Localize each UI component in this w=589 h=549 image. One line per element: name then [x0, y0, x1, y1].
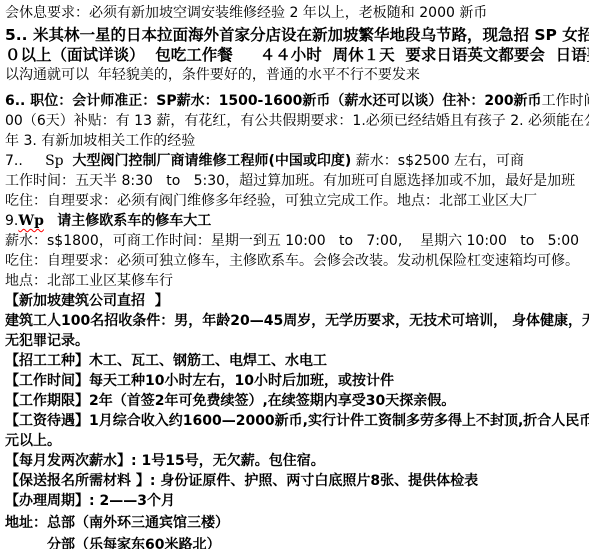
text-line: 00（6天）补贴：有 13 薪，有花红，有公共假期要求：1.必须已经结婚且有孩子… — [5, 111, 587, 131]
text-line: 建筑工人100名招收条件：男，年龄20—45周岁，无学历要求，无技术可培训， 身… — [5, 311, 587, 331]
text-segment: 吃住：自理要求：必须有阀门维修多年经验，可独立完成工作。地点：北部工业区大厂 — [5, 193, 537, 209]
text-segment: 【办理周期】: 2——3个月 — [5, 493, 175, 509]
text-line: 年 3. 有新加坡相关工作的经验 — [5, 131, 587, 151]
text-segment: 【工作期限】2年（首签2年可免费续签）,在续签期内享受30天探亲假。 — [5, 393, 455, 409]
text-line: 吃住：自理要求：必须有阀门维修多年经验，可独立完成工作。地点：北部工业区大厂 — [5, 191, 587, 211]
text-segment: 大型阀门控制厂商请维修工程师(中国或印度) — [73, 153, 352, 169]
text-line: 分部（乐每家东60米路北） — [5, 535, 587, 549]
text-segment: 建筑工人100名招收条件：男，年龄20—45周岁，无学历要求，无技术可培训， 身… — [5, 313, 589, 329]
text-segment: 会休息要求：必须有新加坡空调安装维修经验 2 年以上，老板随和 2000 新币 — [5, 5, 487, 21]
text-segment — [64, 153, 73, 169]
text-line: 6.. 职位：会计师准正：SP薪水：1500-1600新币（薪水还可以谈）住补：… — [5, 91, 587, 111]
text-segment: 分部（乐每家东60米路北） — [47, 537, 220, 549]
text-line: 元以上。 — [5, 431, 587, 451]
text-line: 地址：总部（南外环三通宾馆三楼） — [5, 513, 587, 533]
text-line: 薪水：s$1800，可商工作时间：星期一到五 10:00 to 7:00, 星期… — [5, 231, 587, 251]
text-line: 【新加坡建筑公司直招 】 — [5, 291, 587, 311]
text-segment: 6.. 职位：会计师准正：SP薪水：1500-1600新币（薪水还可以谈）住补：… — [5, 93, 542, 109]
text-segment: 7.. — [5, 153, 45, 169]
text-line: 【招工工种】木工、瓦工、钢筋工、电焊工、水电工 — [5, 351, 587, 371]
text-line: 【工作期限】2年（首签2年可免费续签）,在续签期内享受30天探亲假。 — [5, 391, 587, 411]
text-segment: 5.. 米其林一星的日本拉面海外首家分店设在新加坡繁华地段乌节路，现急招 SP … — [5, 26, 589, 44]
text-segment: 【招工工种】木工、瓦工、钢筋工、电焊工、水电工 — [5, 353, 327, 369]
text-segment: 00（6天）补贴：有 13 薪，有花红，有公共假期要求：1.必须已经结婚且有孩子… — [5, 113, 589, 129]
text-segment: 请主修欧系车的修车大工 — [57, 213, 211, 229]
misspelled-word: Wp — [18, 213, 44, 229]
document-body: 会休息要求：必须有新加坡空调安装维修经验 2 年以上，老板随和 2000 新币5… — [5, 3, 587, 549]
text-line: ０以上（面试详谈） 包吃工作餐 ４４小时 周休１天 要求日语英文都要会 日语要流… — [5, 45, 587, 65]
text-segment: 地点：北部工业区某修车行 — [5, 273, 173, 289]
text-segment: 吃住：自理要求：必须可独立修车，主修欧系车。会修会改装。发动机保险杠变速箱均可修… — [5, 253, 579, 269]
text-segment — [44, 213, 57, 229]
text-line: 【保送报名所需材料 】: 身份证原件、护照、两寸白底照片8张、提供体检表 — [5, 471, 587, 491]
text-segment: 【新加坡建筑公司直招 】 — [5, 293, 169, 309]
text-line: 无犯罪记录。 — [5, 331, 587, 351]
text-line: 吃住：自理要求：必须可独立修车，主修欧系车。会修会改装。发动机保险杠变速箱均可修… — [5, 251, 587, 271]
text-segment: 【工作时间】每天工种10小时左右，10小时后加班，或按计件 — [5, 373, 394, 389]
text-segment: 【每月发两次薪水】: 1号15号，无欠薪。包住宿。 — [5, 453, 325, 469]
text-line: 【工作时间】每天工种10小时左右，10小时后加班，或按计件 — [5, 371, 587, 391]
text-segment: 【保送报名所需材料 】: 身份证原件、护照、两寸白底照片8张、提供体检表 — [5, 473, 478, 489]
text-segment: 以沟通就可以 年轻貌美的，条件要好的，普通的水平不行不要发来 — [5, 67, 420, 83]
text-segment: 无犯罪记录。 — [5, 333, 89, 349]
text-segment: ０以上（面试详谈） 包吃工作餐 ４４小时 周休１天 要求日语英文都要会 日语要流… — [5, 46, 589, 64]
text-segment: 薪水：s$2500 左右，可商 — [351, 153, 524, 169]
text-line: 5.. 米其林一星的日本拉面海外首家分店设在新加坡繁华地段乌节路，现急招 SP … — [5, 25, 587, 45]
document-page: 会休息要求：必须有新加坡空调安装维修经验 2 年以上，老板随和 2000 新币5… — [0, 0, 589, 549]
text-segment: 年 3. 有新加坡相关工作的经验 — [5, 133, 195, 149]
text-segment: 元以上。 — [5, 433, 61, 449]
text-line: 工作时间：五天半 8:30 to 5:30，超过算加班。有加班可自愿选择加或不加… — [5, 171, 587, 191]
text-segment: 【工资待遇】1月综合收入约1600—2000新币,实行计件工资制多劳多得上不封顶… — [5, 413, 589, 429]
text-line: 7.. Sp 大型阀门控制厂商请维修工程师(中国或印度) 薪水：s$2500 左… — [5, 151, 587, 171]
text-line: 以沟通就可以 年轻貌美的，条件要好的，普通的水平不行不要发来 — [5, 65, 587, 85]
text-segment: 9. — [5, 213, 18, 229]
text-line: 【每月发两次薪水】: 1号15号，无欠薪。包住宿。 — [5, 451, 587, 471]
text-line: 【工资待遇】1月综合收入约1600—2000新币,实行计件工资制多劳多得上不封顶… — [5, 411, 587, 431]
text-segment: Sp — [45, 153, 64, 169]
text-segment: 工作时间：五天半 8:30 to 5:30，超过算加班。有加班可自愿选择加或不加… — [5, 173, 575, 189]
text-segment: 地址：总部（南外环三通宾馆三楼） — [5, 515, 229, 531]
text-segment: 工作时间：8:00-6: — [542, 93, 589, 109]
text-line: 【办理周期】: 2——3个月 — [5, 491, 587, 511]
text-line: 9.Wp 请主修欧系车的修车大工 — [5, 211, 587, 231]
text-line: 地点：北部工业区某修车行 — [5, 271, 587, 291]
text-line: 会休息要求：必须有新加坡空调安装维修经验 2 年以上，老板随和 2000 新币 — [5, 3, 587, 23]
text-segment: 薪水：s$1800，可商工作时间：星期一到五 10:00 to 7:00, 星期… — [5, 233, 579, 249]
